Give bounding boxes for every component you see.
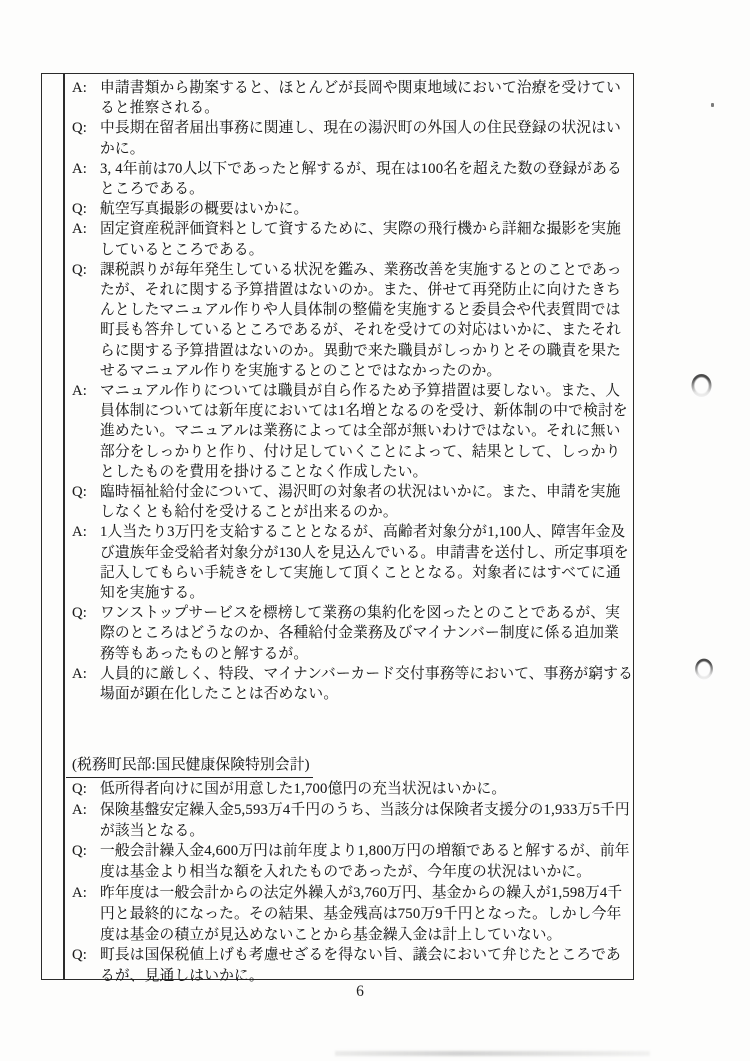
qa-label: A: xyxy=(72,78,100,98)
qa-text: ワンストップサービスを標榜して業務の集約化を図ったとのことであるが、実際のところ… xyxy=(100,603,633,664)
qa-text: 低所得者向けに国が用意した1,700億円の充当状況はいかに。 xyxy=(100,779,633,800)
punch-hole-shadow-bottom xyxy=(692,655,716,683)
qa-label: A: xyxy=(72,883,100,904)
qa-item: A:申請書類から勘案すると、ほとんどが長岡や関東地域において治療を受けていると推… xyxy=(72,78,633,118)
qa-text: 中長期在留者届出事務に関連し、現在の湯沢町の外国人の住民登録の状況はいかに。 xyxy=(100,118,633,158)
scanned-minutes-page: A:申請書類から勘案すると、ほとんどが長岡や関東地域において治療を受けていると推… xyxy=(0,0,750,1061)
qa-label: Q: xyxy=(72,482,100,502)
qa-section: A:申請書類から勘案すると、ほとんどが長岡や関東地域において治療を受けていると推… xyxy=(72,78,633,704)
qa-label: Q: xyxy=(72,603,100,623)
qa-label: A: xyxy=(72,664,100,684)
qa-text: 3, 4年前は70人以下であったと解するが、現在は100名を超えた数の登録がある… xyxy=(100,159,633,199)
qa-label: Q: xyxy=(72,841,100,862)
qa-item: A:人員的に厳しく、特段、マイナンバーカード交付事務等において、事務が窮する場面… xyxy=(72,664,633,704)
qa-text: 人員的に厳しく、特段、マイナンバーカード交付事務等において、事務が窮する場面が顕… xyxy=(100,664,633,704)
qa-text: 臨時福祉給付金について、湯沢町の対象者の状況はいかに。また、申請を実施しなくとも… xyxy=(100,482,633,522)
qa-item: Q:臨時福祉給付金について、湯沢町の対象者の状況はいかに。また、申請を実施しなく… xyxy=(72,482,633,522)
qa-text: 固定資産税評価資料として資するために、実際の飛行機から詳細な撮影を実施していると… xyxy=(100,219,633,259)
qa-item: A:3, 4年前は70人以下であったと解するが、現在は100名を超えた数の登録が… xyxy=(72,159,633,199)
qa-item: Q:ワンストップサービスを標榜して業務の集約化を図ったとのことであるが、実際のと… xyxy=(72,603,633,664)
qa-text: マニュアル作りについては職員が自ら作るため予算措置は要しない。また、人員体制につ… xyxy=(100,381,633,482)
qa-label: Q: xyxy=(72,779,100,800)
section-heading-row: (税務町民部:国民健康保険特別会計) xyxy=(72,755,633,778)
qa-label: Q: xyxy=(72,945,100,966)
qa-label: A: xyxy=(72,159,100,179)
punch-hole-shadow-top xyxy=(688,370,715,401)
binding-gutter-rule xyxy=(63,74,65,979)
qa-text: 一般会計繰入金4,600万円は前年度より1,800万円の増額であると解するが、前… xyxy=(100,841,633,883)
qa-text: 申請書類から勘案すると、ほとんどが長岡や関東地域において治療を受けていると推察さ… xyxy=(100,78,633,118)
qa-sections: A:申請書類から勘案すると、ほとんどが長岡や関東地域において治療を受けていると推… xyxy=(72,78,633,987)
qa-text: 町長は国保税値上げも考慮せざるを得ない旨、議会において弁じたところであるが、見通… xyxy=(100,945,633,987)
qa-item: A:保険基盤安定繰入金5,593万4千円のうち、当該分は保険者支援分の1,933… xyxy=(72,800,633,842)
minutes-frame: A:申請書類から勘案すると、ほとんどが長岡や関東地域において治療を受けていると推… xyxy=(41,73,634,980)
qa-text: 昨年度は一般会計からの法定外繰入が3,760万円、基金からの繰入が1,598万4… xyxy=(100,883,633,945)
qa-text: 1人当たり3万円を支給することとなるが、高齢者対象分が1,100人、障害年金及び… xyxy=(100,522,633,603)
qa-text: 課税誤りが毎年発生している状況を鑑み、業務改善を実施するとのことであったが、それ… xyxy=(100,260,633,381)
qa-label: Q: xyxy=(72,260,100,280)
scan-speck xyxy=(711,103,714,107)
qa-label: A: xyxy=(72,800,100,821)
qa-label: A: xyxy=(72,522,100,542)
qa-item: A:固定資産税評価資料として資するために、実際の飛行機から詳細な撮影を実施してい… xyxy=(72,219,633,259)
qa-item: Q:一般会計繰入金4,600万円は前年度より1,800万円の増額であると解するが… xyxy=(72,841,633,883)
qa-text: 保険基盤安定繰入金5,593万4千円のうち、当該分は保険者支援分の1,933万5… xyxy=(100,800,633,842)
qa-item: Q:町長は国保税値上げも考慮せざるを得ない旨、議会において弁じたところであるが、… xyxy=(72,945,633,987)
scan-smudge xyxy=(335,1051,650,1056)
qa-item: Q:低所得者向けに国が用意した1,700億円の充当状況はいかに。 xyxy=(72,779,633,800)
qa-label: Q: xyxy=(72,199,100,219)
qa-label: A: xyxy=(72,219,100,239)
qa-item: Q:航空写真撮影の概要はいかに。 xyxy=(72,199,633,219)
qa-text: 航空写真撮影の概要はいかに。 xyxy=(100,199,633,219)
qa-item: Q:課税誤りが毎年発生している状況を鑑み、業務改善を実施するとのことであったが、… xyxy=(72,260,633,381)
qa-label: A: xyxy=(72,381,100,401)
qa-item: A:1人当たり3万円を支給することとなるが、高齢者対象分が1,100人、障害年金… xyxy=(72,522,633,603)
qa-item: A:昨年度は一般会計からの法定外繰入が3,760万円、基金からの繰入が1,598… xyxy=(72,883,633,945)
page-number: 6 xyxy=(330,983,390,1001)
qa-label: Q: xyxy=(72,118,100,138)
qa-item: A:マニュアル作りについては職員が自ら作るため予算措置は要しない。また、人員体制… xyxy=(72,381,633,482)
section-heading: (税務町民部:国民健康保険特別会計) xyxy=(66,755,313,778)
qa-item: Q:中長期在留者届出事務に関連し、現在の湯沢町の外国人の住民登録の状況はいかに。 xyxy=(72,118,633,158)
qa-section: (税務町民部:国民健康保険特別会計)Q:低所得者向けに国が用意した1,700億円… xyxy=(72,755,633,987)
